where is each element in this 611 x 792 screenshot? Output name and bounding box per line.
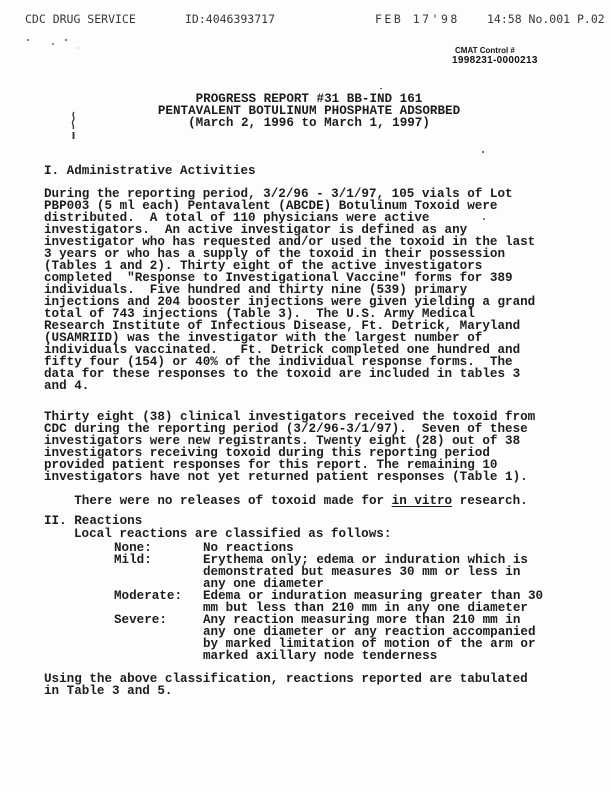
section-1-heading: I. Administrative Activities (44, 165, 256, 177)
fax-id: ID:4046393717 (185, 13, 275, 25)
fax-date: FEB 17'98 (375, 13, 460, 25)
classification-label-severe: Severe: (114, 614, 167, 626)
administrative-paragraph-2: Thirty eight (38) clinical investigators… (44, 411, 535, 483)
cmat-control-number: 1998231-0000213 (452, 55, 538, 66)
report-title-date-range: (March 2, 1996 to March 1, 1997) (7, 117, 611, 129)
reactions-intro: Local reactions are classified as follow… (74, 528, 391, 540)
fax-station-name: CDC DRUG SERVICE (25, 13, 136, 25)
margin-squiggle-mark (69, 111, 79, 143)
closing-paragraph: Using the above classification, reaction… (44, 673, 528, 697)
classification-label-moderate: Moderate: (114, 590, 182, 602)
classification-label-mild: Mild: (114, 554, 152, 566)
classification-desc-moderate: Edema or induration measuring greater th… (203, 590, 543, 614)
in-vitro-underlined-phrase: in vitro (392, 494, 452, 508)
tail-text-before: There were no releases of toxoid made fo… (74, 494, 391, 508)
classification-desc-mild: Erythema only; edema or induration which… (203, 554, 528, 590)
administrative-paragraph-1: During the reporting period, 3/2/96 - 3/… (44, 188, 535, 392)
scan-speckle (380, 88, 382, 89)
classification-desc-severe: Any reaction measuring more than 210 mm … (203, 614, 536, 662)
cmat-control-label: CMAT Control # (455, 46, 515, 55)
report-title: PROGRESS REPORT #31 BB-IND 161 PENTAVALE… (7, 93, 611, 129)
scanned-document-page: CDC DRUG SERVICE ID:4046393717 FEB 17'98… (0, 0, 611, 792)
scan-speckle (482, 151, 484, 153)
fax-time-page-info: 14:58 No.001 P.02 (487, 13, 605, 25)
section-2-heading: II. Reactions (44, 515, 142, 527)
scan-speckle-dots (27, 39, 29, 41)
tail-text-after: research. (452, 494, 528, 508)
